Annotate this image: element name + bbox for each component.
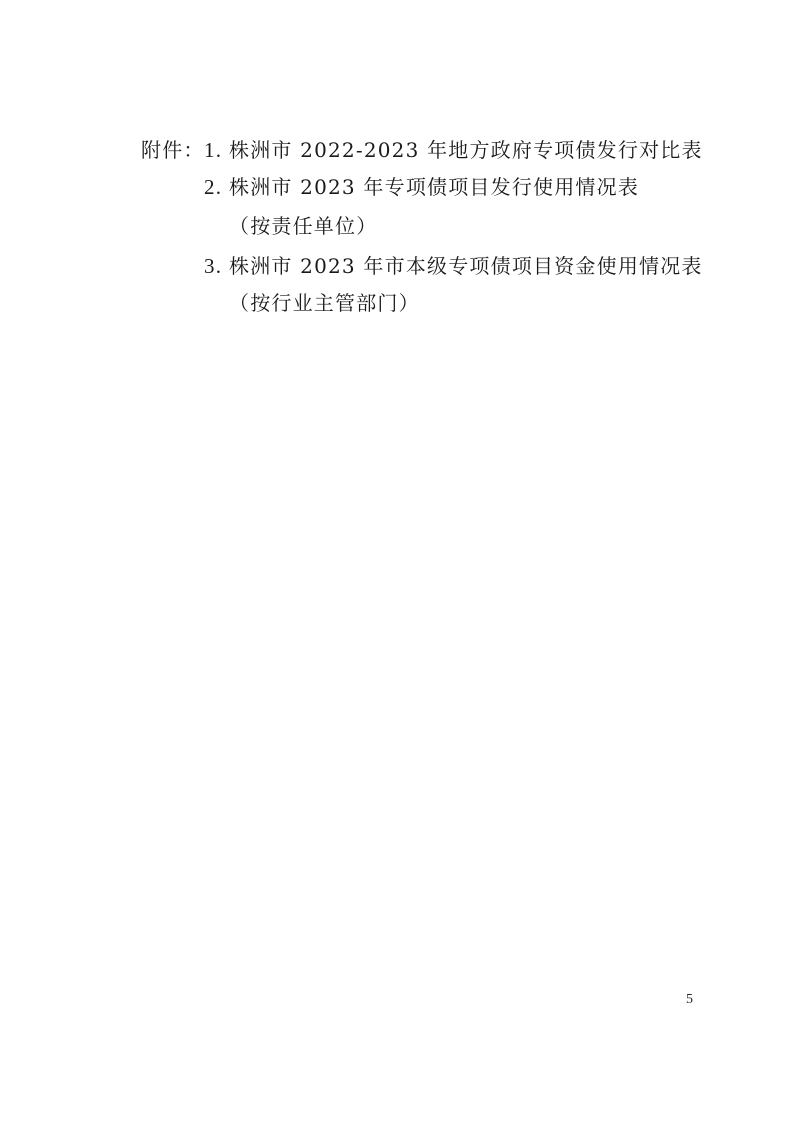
item-subtitle: （按行业主管部门） [229, 290, 420, 316]
item-title: 株洲市 2023 年市本级专项债项目资金使用情况表 [229, 253, 703, 279]
item-number: 3. [204, 253, 222, 279]
page-number: 5 [686, 992, 693, 1008]
item-title: 株洲市 2022-2023 年地方政府专项债发行对比表 [229, 137, 703, 163]
item-number: 1. [204, 137, 222, 163]
attachment-item-2-subtitle: （按责任单位） [0, 213, 794, 239]
item-number: 2. [204, 174, 222, 200]
item-subtitle: （按责任单位） [229, 213, 377, 239]
attachment-item-3-subtitle: （按行业主管部门） [0, 290, 794, 316]
attachment-label: 附件： [141, 137, 205, 163]
attachment-item-3: 3. 株洲市 2023 年市本级专项债项目资金使用情况表 [0, 253, 794, 279]
attachment-item-2: 2. 株洲市 2023 年专项债项目发行使用情况表 [0, 174, 794, 200]
item-title: 株洲市 2023 年专项债项目发行使用情况表 [229, 174, 639, 200]
attachment-item-1: 附件： 1. 株洲市 2022-2023 年地方政府专项债发行对比表 [0, 137, 794, 163]
document-page: 附件： 1. 株洲市 2022-2023 年地方政府专项债发行对比表 2. 株洲… [0, 0, 794, 1123]
